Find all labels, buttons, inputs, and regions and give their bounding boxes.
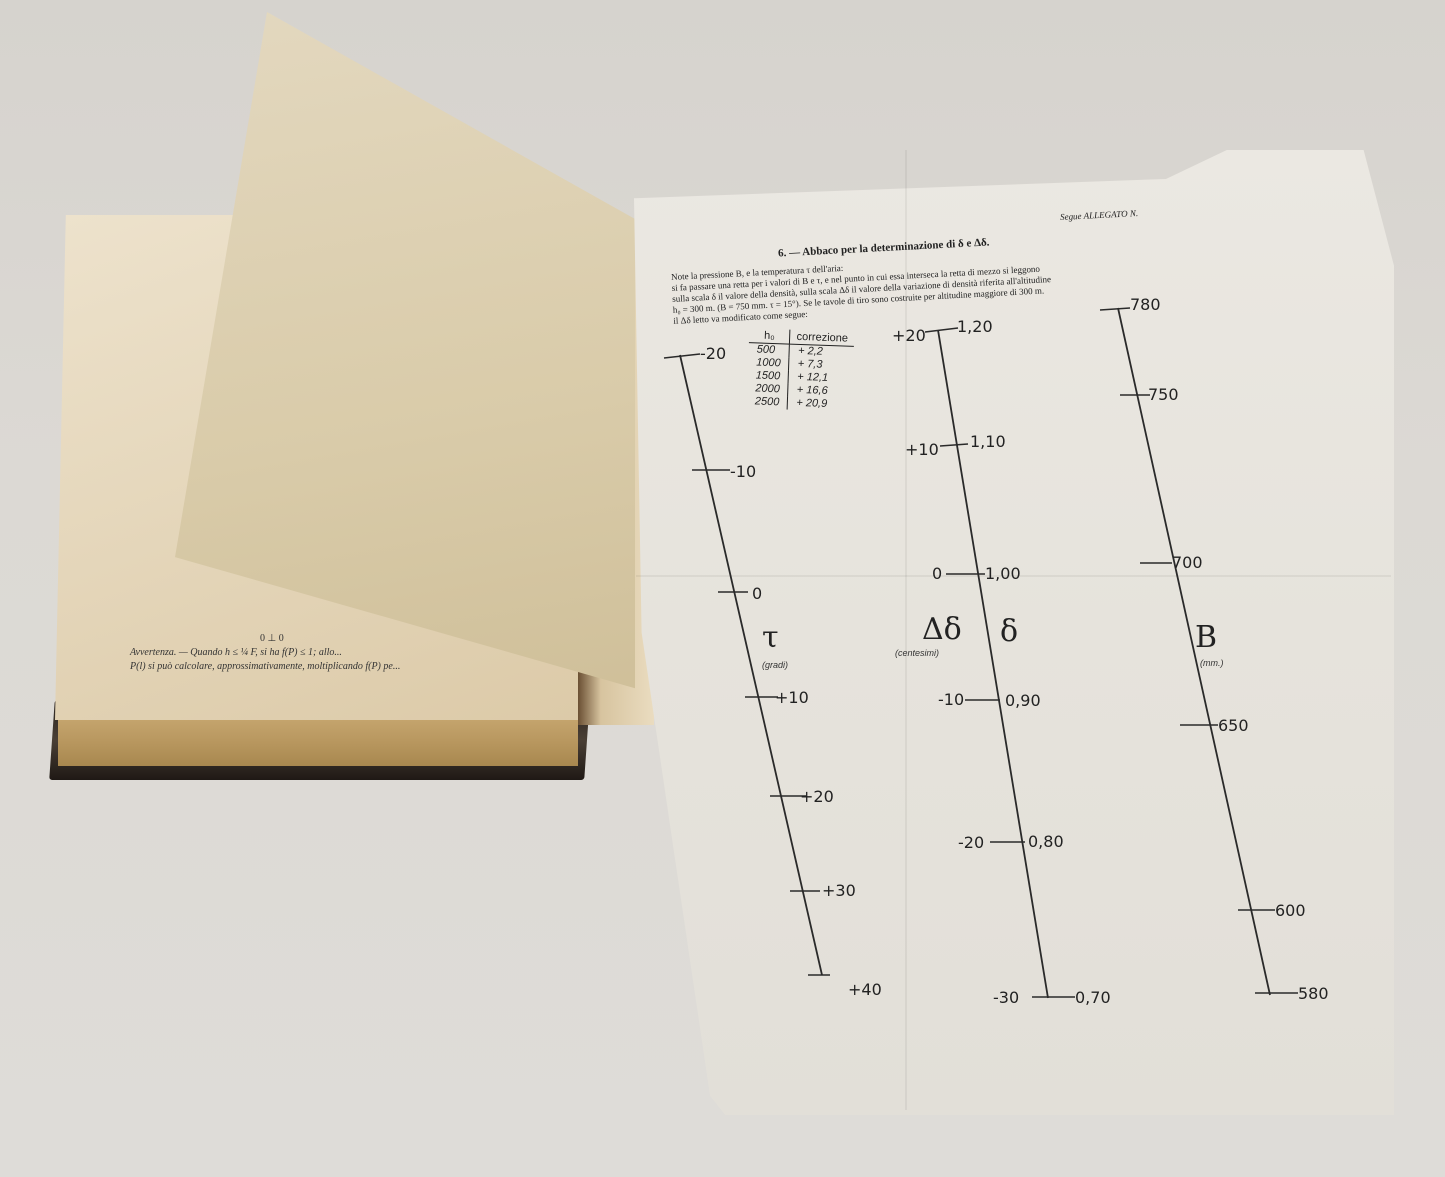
delta-label: 1,20 (957, 317, 993, 336)
tau-label: -20 (700, 344, 726, 363)
b-symbol: B (1195, 620, 1217, 655)
delta-label: 0,80 (1028, 832, 1064, 851)
delta-symbol: δ (1000, 614, 1018, 649)
b-label: 650 (1218, 716, 1249, 735)
nomogram-scales-svg (0, 0, 1445, 1177)
delta-label: 1,00 (985, 564, 1021, 583)
tau-scale-line (680, 355, 822, 975)
delta-delta-symbol: Δδ (922, 612, 962, 647)
tau-label: +30 (822, 881, 856, 900)
b-label: 600 (1275, 901, 1306, 920)
tau-label: +20 (800, 787, 834, 806)
tau-symbol: τ (762, 620, 779, 655)
delta-delta-label: +20 (892, 326, 926, 345)
tau-unit: (gradi) (762, 660, 788, 670)
b-label: 780 (1130, 295, 1161, 314)
delta-delta-label: +10 (905, 440, 939, 459)
delta-delta-label: -10 (938, 690, 964, 709)
b-label: 580 (1298, 984, 1329, 1003)
tau-label: +10 (775, 688, 809, 707)
delta-label: 1,10 (970, 432, 1006, 451)
delta-label: 0,90 (1005, 691, 1041, 710)
delta-label: 0,70 (1075, 988, 1111, 1007)
delta-scale-line (938, 330, 1048, 998)
tau-label: -10 (730, 462, 756, 481)
delta-delta-unit: (centesimi) (895, 648, 939, 658)
tau-label: +40 (848, 980, 882, 999)
tau-label: 0 (752, 584, 762, 603)
b-label: 700 (1172, 553, 1203, 572)
delta-delta-label: -30 (993, 988, 1019, 1007)
b-scale-line (1118, 308, 1270, 995)
delta-delta-label: 0 (932, 564, 942, 583)
b-label: 750 (1148, 385, 1179, 404)
b-unit: (mm.) (1200, 658, 1224, 668)
delta-delta-label: -20 (958, 833, 984, 852)
